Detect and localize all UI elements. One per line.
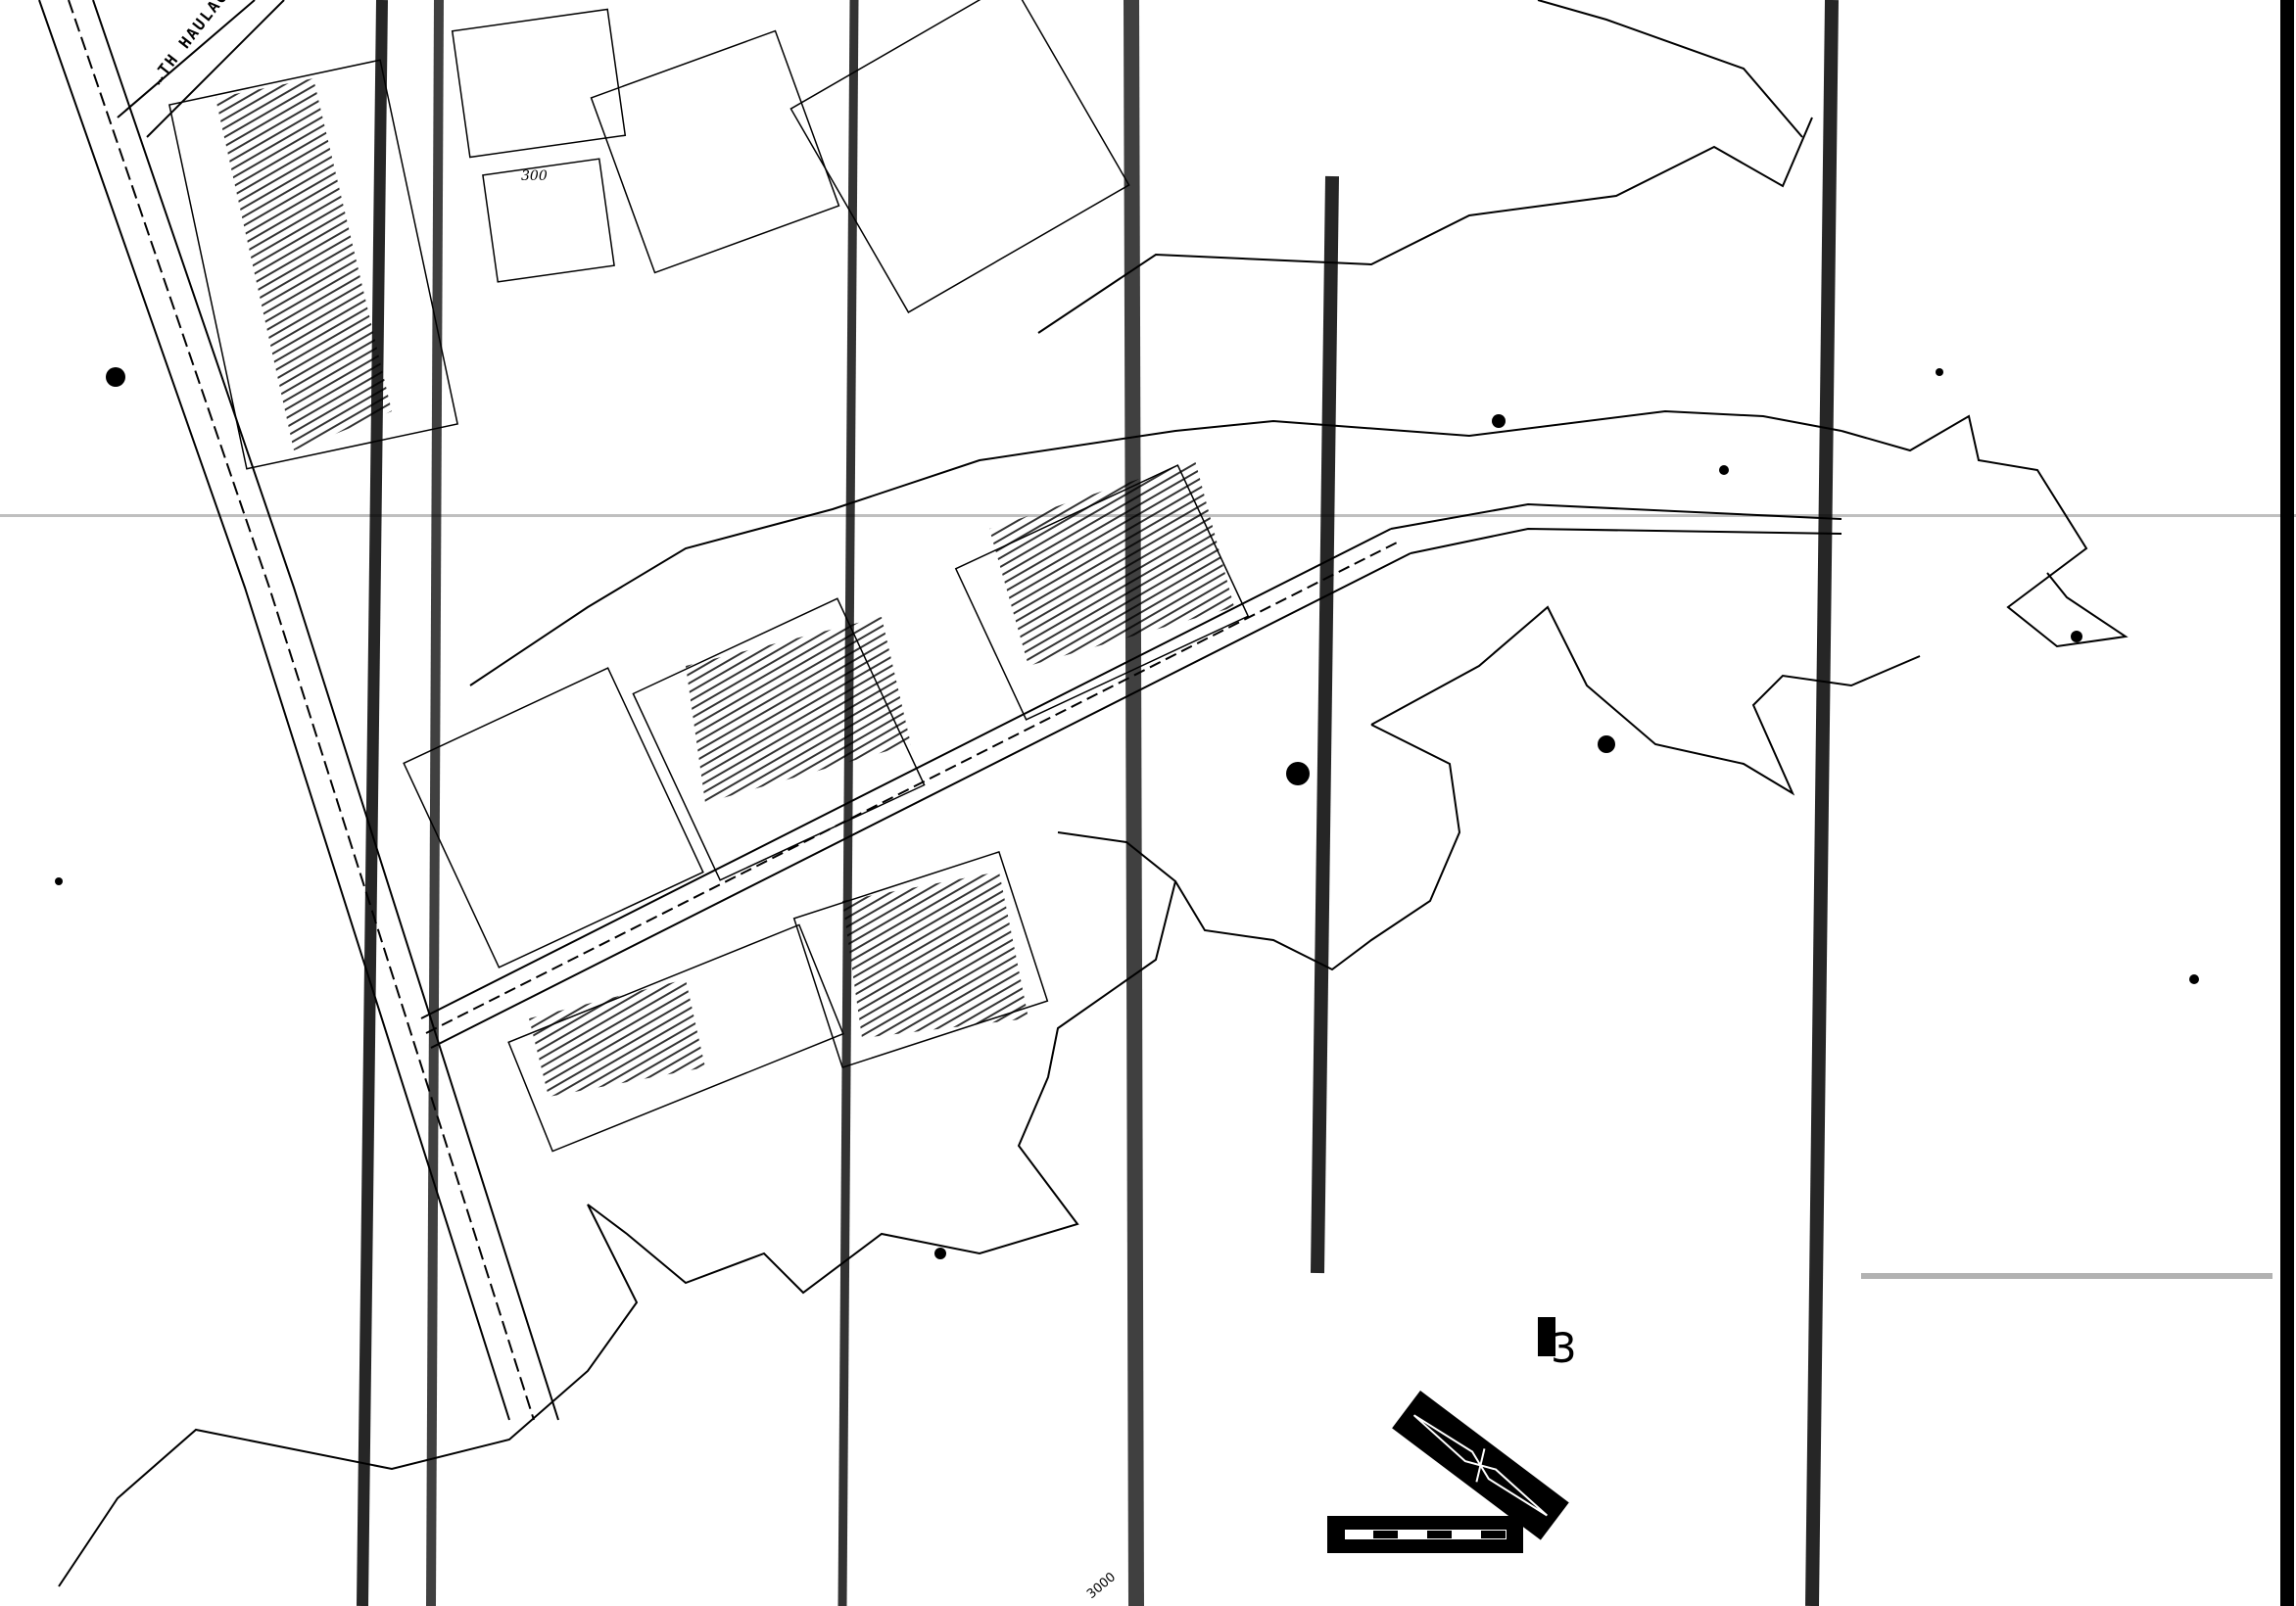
map-canvas: [0, 0, 2296, 1606]
scale-bar: [1327, 1516, 1523, 1553]
scale-segment: [1480, 1530, 1507, 1539]
scale-segment: [1426, 1530, 1454, 1539]
sheet-number: 3: [1551, 1324, 1577, 1372]
scale-segment: [1453, 1530, 1480, 1539]
scale-segment: [1372, 1530, 1400, 1539]
scale-segment: [1345, 1530, 1372, 1539]
scale-segment: [1399, 1530, 1426, 1539]
scan-noise: [0, 367, 2296, 1356]
fold-lines: [362, 0, 2287, 1606]
block-number-label: 300: [521, 168, 548, 184]
